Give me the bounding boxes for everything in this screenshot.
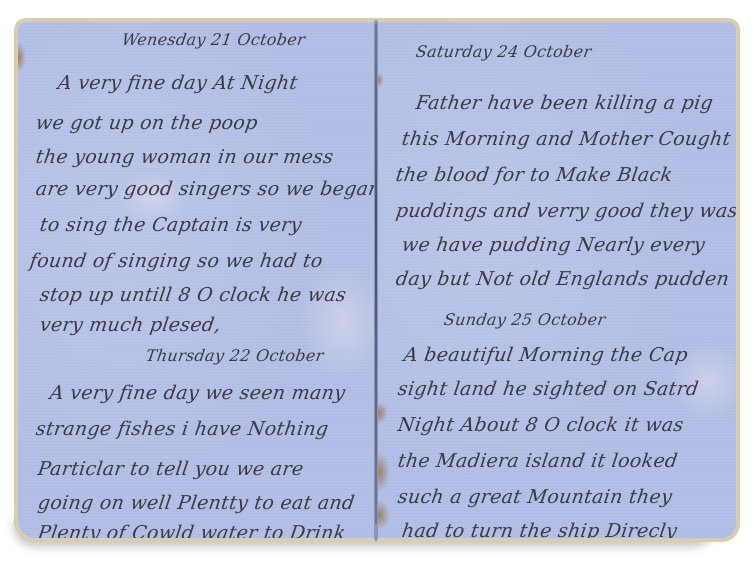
left-page-text: Wenesday 21 October A very fine day At N… bbox=[18, 22, 374, 538]
entry-heading: Wenesday 21 October bbox=[121, 30, 307, 49]
left-page: Wenesday 21 October A very fine day At N… bbox=[14, 18, 376, 542]
diary-line: stop up untill 8 O clock he was bbox=[38, 284, 347, 306]
diary-line: the blood for to Make Black bbox=[394, 164, 673, 186]
diary-line: this Morning and Mother Cought bbox=[400, 128, 732, 150]
diary-line: had to turn the ship Direcly bbox=[400, 520, 678, 542]
diary-line: found of singing so we had to bbox=[28, 250, 324, 272]
entry-heading: Saturday 24 October bbox=[415, 42, 593, 61]
entry-heading: Sunday 25 October bbox=[443, 310, 607, 329]
diary-line: the young woman in our mess bbox=[34, 146, 334, 168]
diary-line: the Madiera island it looked bbox=[396, 450, 679, 472]
right-page-text: Saturday 24 October Father have been kil… bbox=[378, 22, 736, 538]
entry-heading: Thursday 22 October bbox=[145, 346, 325, 365]
diary-line: A beautiful Morning the Cap bbox=[402, 344, 689, 366]
diary-line: day but Not old Englands pudden bbox=[394, 268, 730, 290]
diary-line: puddings and verry good they was bbox=[394, 200, 739, 222]
diary-line: A very fine day we seen many bbox=[48, 382, 346, 404]
diary-line: sight land he sighted on Satrd bbox=[396, 378, 700, 400]
diary-line: Father have been killing a pig bbox=[414, 92, 714, 114]
diary-line: to sing the Captain is very bbox=[38, 214, 303, 236]
diary-line: strange fishes i have Nothing bbox=[34, 418, 330, 440]
diary-line: we got up on the poop bbox=[34, 112, 259, 134]
right-page: Saturday 24 October Father have been kil… bbox=[376, 18, 740, 542]
diary-line: Particlar to tell you we are bbox=[36, 458, 305, 480]
diary-line: A very fine day At Night bbox=[56, 72, 299, 94]
diary-line: going on well Plentty to eat and bbox=[36, 492, 356, 514]
diary-line: Plenty of Cowld water to Drink bbox=[36, 522, 347, 542]
diary-line: very much plesed, bbox=[38, 314, 222, 336]
diary-line: are very good singers so we began bbox=[34, 178, 376, 200]
diary-line: such a great Mountain they bbox=[396, 486, 673, 508]
diary-line: Night About 8 O clock it was bbox=[396, 414, 685, 436]
diary-line: we have pudding Nearly every bbox=[400, 234, 706, 256]
spine-crease bbox=[375, 24, 377, 524]
open-diary: Wenesday 21 October A very fine day At N… bbox=[14, 18, 740, 546]
